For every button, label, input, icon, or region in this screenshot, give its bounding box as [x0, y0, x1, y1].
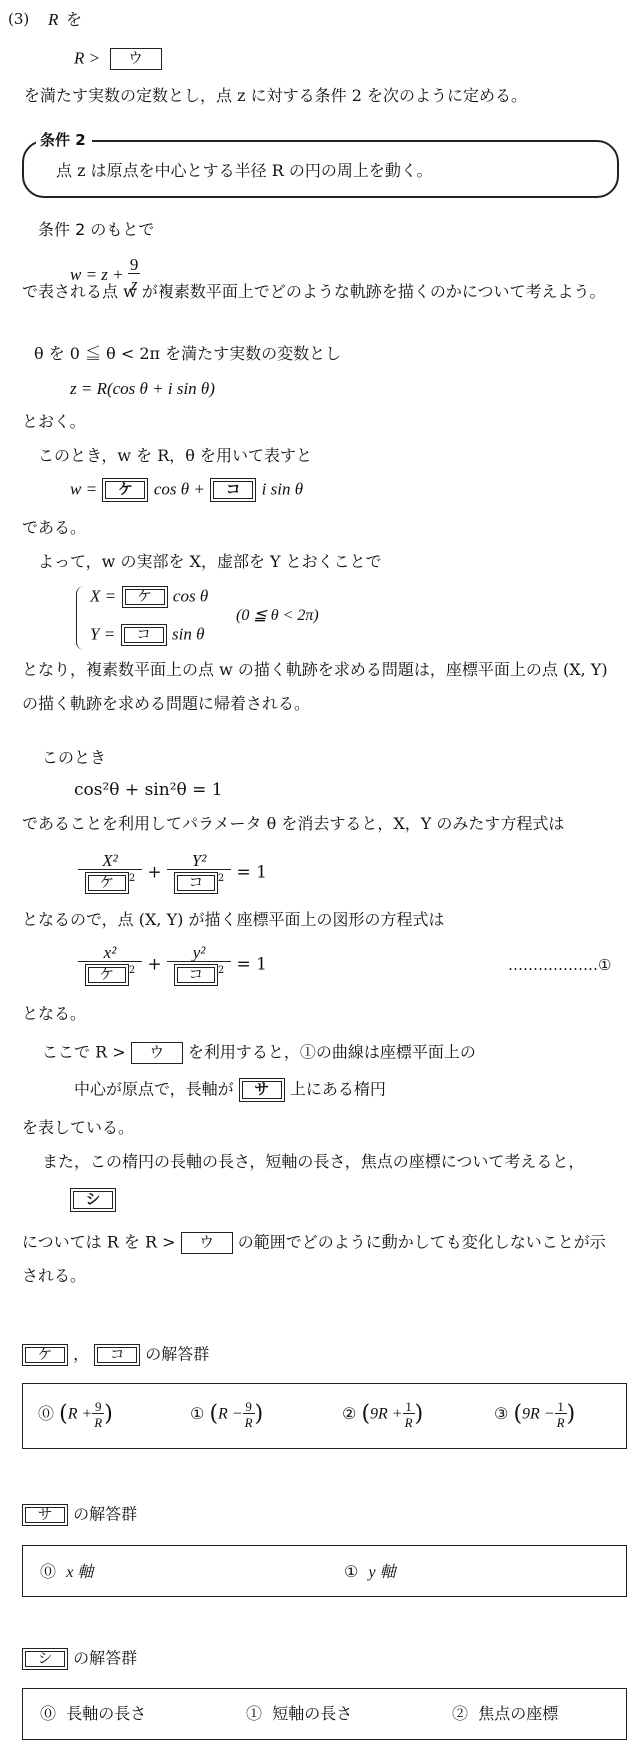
z-def: z = R(cos θ + i sin θ) [70, 380, 215, 397]
label-ko: コ [94, 1344, 140, 1366]
blank-u[interactable]: ウ [110, 48, 162, 70]
reduce-line-1: となり，複素数平面上の点 w の描く軌跡を求める問題は，座標平面上の点 (X, … [22, 662, 608, 678]
sareru: される。 [22, 1268, 86, 1284]
blank-ke-den[interactable]: ケ [85, 872, 129, 894]
label-separator: ， [73, 1345, 89, 1364]
kokode-prefix: ここで R > [42, 1043, 126, 1062]
keko-option-2[interactable]: ② (9R +1R) [342, 1400, 494, 1429]
cos-only: cos θ [173, 587, 208, 606]
center-prefix: 中心が原点で，長軸が [74, 1080, 234, 1099]
shi-option-1[interactable]: ① 短軸の長さ [246, 1706, 352, 1722]
sa-option-1[interactable]: ① y 軸 [344, 1564, 396, 1581]
blank-ko-den[interactable]: コ [174, 872, 218, 894]
blank-ko[interactable]: コ [210, 478, 256, 502]
reduce-line-2: の描く軌跡を求める問題に帰着される。 [22, 696, 310, 712]
yotte: よって，w の実部を X，虚部を Y とおくことで [38, 554, 382, 570]
kokode-suffix: を利用すると，①の曲線は座標平面上の [188, 1043, 476, 1062]
invariant-prefix: については R を R > [22, 1233, 176, 1252]
center-suffix: 上にある楕円 [290, 1080, 386, 1099]
eq-one: = 1 [236, 863, 266, 883]
identity: cos²θ + sin²θ = 1 [74, 782, 223, 799]
shi-group-label: の解答群 [73, 1649, 137, 1668]
represents: を表している。 [22, 1120, 134, 1136]
label-ke: ケ [22, 1344, 68, 1366]
shi-option-0[interactable]: ⓪ 長軸の長さ [40, 1706, 146, 1722]
naru-node: となるので，点 (X, Y) が描く座標平面上の図形の方程式は [22, 912, 444, 928]
blank-ke-x[interactable]: ケ [122, 586, 168, 608]
problem-number: (3) [8, 12, 29, 27]
keko-group-label: の解答群 [145, 1345, 209, 1364]
frac-y: y² コ2 [167, 944, 231, 986]
theta-def: θ を 0 ≦ θ < 2π を満たす実数の変数とし [34, 346, 341, 362]
toku: とおく。 [22, 414, 86, 430]
blank-ko-den2[interactable]: コ [174, 964, 218, 986]
frac-X: X² ケ2 [78, 852, 142, 894]
keko-option-0[interactable]: ⓪ (R +9R) [38, 1400, 190, 1429]
blank-ke[interactable]: ケ [102, 478, 148, 502]
system-brace [76, 586, 87, 650]
eliminate: であることを利用してパラメータ θ を消去すると，X，Y のみたす方程式は [22, 816, 564, 832]
frac-Y: Y² コ2 [167, 852, 231, 894]
sin-term: i sin θ [262, 480, 303, 499]
y-eq: Y = [90, 625, 115, 644]
naru: となる。 [22, 1006, 86, 1022]
plus: + [147, 955, 161, 975]
invariant-suffix: の範囲でどのように動かしても変化しないことが示 [238, 1233, 606, 1252]
keko-option-1[interactable]: ① (R −9R) [190, 1400, 342, 1429]
label-shi: シ [22, 1648, 68, 1670]
x-eq: X = [90, 587, 116, 606]
equation-marker: ………………① [508, 958, 611, 973]
label-sa: サ [22, 1504, 68, 1526]
dearu: である。 [22, 520, 86, 536]
intro-var: R [48, 11, 58, 28]
keko-option-3[interactable]: ③ (9R −1R) [494, 1400, 634, 1429]
locus-question: で表される点 w が複素数平面上でどのような軌跡を描くのかについて考えよう。 [22, 284, 606, 300]
sa-group-label: の解答群 [73, 1505, 137, 1524]
condition2-title: 条件 2 [36, 131, 92, 149]
blank-ke-den2[interactable]: ケ [85, 964, 129, 986]
shi-option-2[interactable]: ② 焦点の座標 [452, 1706, 558, 1722]
ineq-prefix: R > [74, 49, 100, 68]
blank-sa[interactable]: サ [239, 1078, 285, 1102]
w-expr-lhs: w = [70, 480, 97, 499]
cos-term: cos θ + [154, 480, 205, 499]
blank-u-3[interactable]: ウ [181, 1232, 233, 1254]
frac-x: x² ケ2 [78, 944, 142, 986]
konotoki1: このとき，w を R，θ を用いて表すと [38, 448, 312, 464]
eq-one: = 1 [236, 955, 266, 975]
mata: また，この楕円の長軸の長さ，短軸の長さ，焦点の座標について考えると， [42, 1154, 584, 1170]
blank-shi[interactable]: シ [70, 1188, 116, 1212]
sin-only: sin θ [172, 625, 204, 644]
condition2-text: 点 z は原点を中心とする半径 R の円の周上を動く。 [56, 163, 433, 179]
sa-answer-box [22, 1545, 627, 1597]
sa-option-0[interactable]: ⓪ x 軸 [40, 1564, 93, 1581]
blank-ko-y[interactable]: コ [121, 624, 167, 646]
intro-suffix: を [66, 12, 82, 28]
plus: + [147, 863, 161, 883]
konotoki2: このとき [42, 750, 106, 766]
theta-range: (0 ≦ θ < 2π) [236, 608, 319, 624]
blank-u-2[interactable]: ウ [131, 1042, 183, 1064]
under-cond: 条件 2 のもとで [38, 222, 154, 238]
define-line: を満たす実数の定数とし，点 z に対する条件 2 を次のように定める。 [24, 88, 527, 104]
